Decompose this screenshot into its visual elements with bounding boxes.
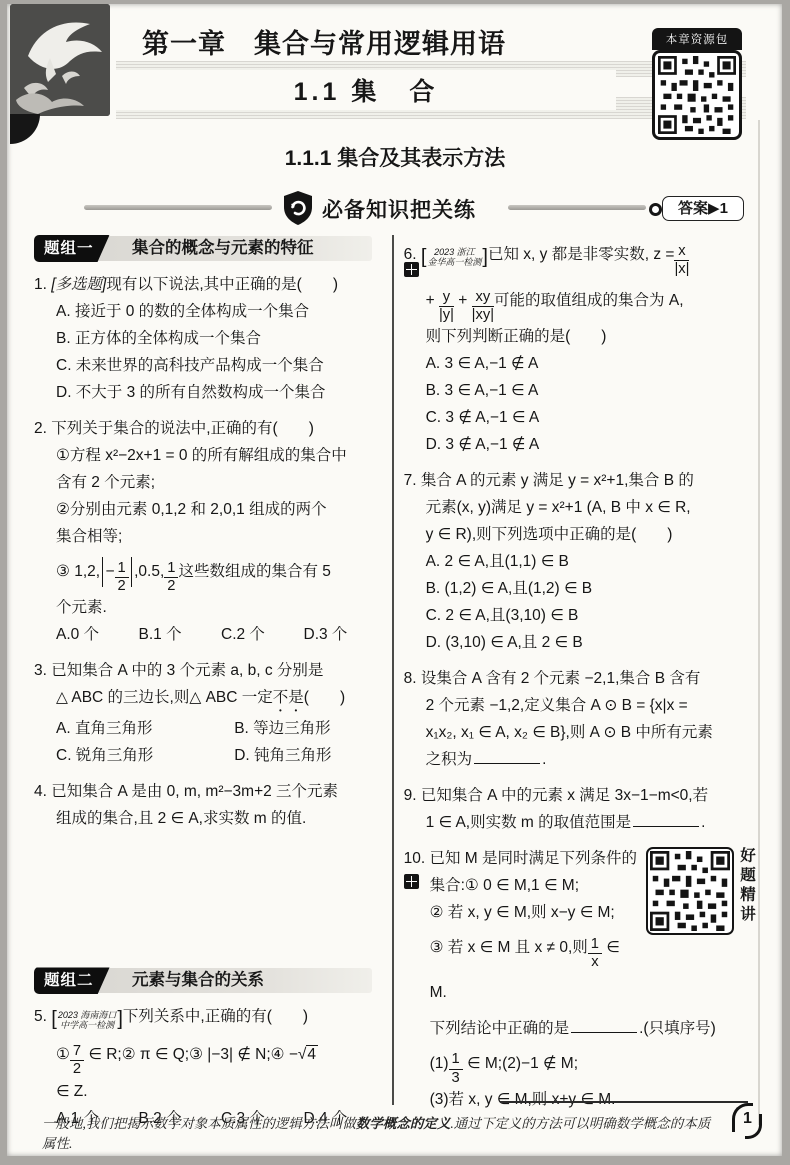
fraction: 72 bbox=[70, 1044, 84, 1078]
option-b: B.1 个 bbox=[139, 621, 222, 648]
fraction: 12 bbox=[115, 561, 129, 595]
option-c: C.2 个 bbox=[221, 621, 304, 648]
option-d: D. 不大于 3 的所有自然数构成一个集合 bbox=[34, 379, 386, 406]
option-a: A. 接近于 0 的数的全体构成一个集合 bbox=[34, 298, 386, 325]
problem-stem-cont: 元素(x, y)满足 y = x²+1 (A, B 中 x ∈ R, bbox=[404, 494, 758, 521]
eagle-icon bbox=[10, 4, 110, 116]
abs-bar-icon bbox=[131, 557, 132, 587]
group2-badge: 题组二 bbox=[34, 967, 110, 994]
problem-stem: 已知集合 A 中的 3 个元素 a, b, c 分别是 bbox=[51, 662, 323, 679]
problem-number: 10. bbox=[404, 850, 426, 867]
option-b: B. 正方体的全体构成一个集合 bbox=[34, 325, 386, 352]
group1-badge: 题组一 bbox=[34, 235, 110, 262]
option-b: B. 等边三角形 bbox=[234, 715, 386, 742]
option-a: A. 3 ∈ A,−1 ∉ A bbox=[404, 350, 758, 377]
source-tag: [2023 浙江金华高一检测] bbox=[421, 235, 488, 279]
qr-vertical-label: 好题精讲 bbox=[737, 847, 755, 925]
fraction: xy|xy| bbox=[472, 290, 494, 324]
problem-stem-cont: 组成的集合,且 2 ∈ A,求实数 m 的值. bbox=[34, 805, 386, 832]
problem-4: 4. 已知集合 A 是由 0, m, m²−3m+2 三个元素 组成的集合,且 … bbox=[34, 778, 386, 832]
option-b: B. (1,2) ∈ A,且(1,2) ∈ B bbox=[404, 575, 758, 602]
answer-blank bbox=[633, 811, 699, 828]
problem-7: 7. 集合 A 的元素 y 满足 y = x²+1,集合 B 的 元素(x, y… bbox=[404, 467, 758, 656]
problem-number: 8. bbox=[404, 670, 417, 687]
qr-label: 本章资源包 bbox=[652, 28, 742, 50]
problem-number: 6. bbox=[404, 246, 417, 263]
problem-number: 5. bbox=[34, 1008, 47, 1025]
question-type-tag: [多选题] bbox=[51, 276, 106, 293]
problem-number: 9. bbox=[404, 787, 417, 804]
chapter-resource-qr[interactable]: 本章资源包 bbox=[652, 28, 742, 140]
option-d: D. 钝角三角形 bbox=[234, 742, 386, 769]
statement-3: ③ 1,2,−12,0.5,12这些数组成的集合有 5 bbox=[34, 550, 386, 594]
problem-3: 3. 已知集合 A 中的 3 个元素 a, b, c 分别是 △ ABC 的三边… bbox=[34, 657, 386, 769]
group1-title: 集合的概念与元素的特征 bbox=[132, 235, 314, 261]
problem-stem: 下列关系中,正确的有( ) bbox=[123, 1008, 308, 1025]
problem-stem: 现有以下说法,其中正确的是( ) bbox=[106, 276, 338, 293]
statement-2-cont: 集合相等; bbox=[34, 523, 386, 550]
group1-header: 题组一 集合的概念与元素的特征 bbox=[34, 235, 386, 262]
subsection-title: 1.1.1 集合及其表示方法 bbox=[0, 142, 790, 172]
conclusion-3: (3)若 x, y ∈ M,则 x+y ∈ M. bbox=[404, 1086, 758, 1113]
statement-2: ②分别由元素 0,1,2 和 2,0,1 组成的两个 bbox=[34, 496, 386, 523]
option-b: B. 3 ∈ A,−1 ∈ A bbox=[404, 377, 758, 404]
problem-2: 2. 下列关于集合的说法中,正确的有( ) ①方程 x²−2x+1 = 0 的所… bbox=[34, 415, 386, 648]
fraction: 13 bbox=[449, 1052, 463, 1086]
option-d: D. (3,10) ∈ A,且 2 ∈ B bbox=[404, 629, 758, 656]
emphasized-text: 不是 bbox=[273, 689, 304, 706]
qr-code-icon bbox=[652, 50, 742, 140]
problem-stem: 集合 A 的元素 y 满足 y = x²+1,集合 B 的 bbox=[421, 472, 694, 489]
option-c: C. 2 ∈ A,且(3,10) ∈ B bbox=[404, 602, 758, 629]
footnote: 一般地,我们把揭示数学对象本质属性的逻辑方法叫做数学概念的定义.通过下定义的方法… bbox=[42, 1112, 722, 1152]
problem-number: 2. bbox=[34, 420, 47, 437]
option-c: C. 3 ∉ A,−1 ∈ A bbox=[404, 404, 758, 431]
footnote-bold-term: 数学概念的定义 bbox=[356, 1116, 451, 1131]
chapter-title: 第一章 集合与常用逻辑用语 bbox=[142, 22, 506, 61]
problem-stem: 下列关于集合的说法中,正确的有( ) bbox=[51, 420, 314, 437]
problem-number: 1. bbox=[34, 276, 47, 293]
statement-1-cont: 含有 2 个元素; bbox=[34, 469, 386, 496]
problem-stem-cont: 则下列判断正确的是( ) bbox=[404, 323, 758, 350]
column-divider bbox=[392, 235, 394, 1105]
group2-title: 元素与集合的关系 bbox=[132, 967, 264, 993]
exercise-columns: 题组一 集合的概念与元素的特征 1. [多选题]现有以下说法,其中正确的是( )… bbox=[34, 233, 758, 1105]
condition-3: ③ 若 x ∈ M 且 x ≠ 0,则1x ∈ M. bbox=[404, 926, 758, 1014]
problem-stem: 设集合 A 含有 2 个元素 −2,1,集合 B 含有 bbox=[421, 670, 701, 687]
answer-reference-badge: 答案▶1 bbox=[662, 196, 744, 221]
problem-stem: 已知 M 是同时满足下列条件的 bbox=[429, 850, 637, 867]
problem-10: 好题精讲 10. 已知 M 是同时满足下列条件的 集合:① 0 ∈ M,1 ∈ … bbox=[404, 845, 758, 1113]
option-d: D.3 个 bbox=[304, 621, 387, 648]
option-c: C. 未来世界的高科技产品构成一个集合 bbox=[34, 352, 386, 379]
problem-8: 8. 设集合 A 含有 2 个元素 −2,1,集合 B 含有 2 个元素 −1,… bbox=[404, 665, 758, 773]
problem-stem-cont: y ∈ R),则下列选项中正确的是( ) bbox=[404, 521, 758, 548]
featured-problem-qr[interactable]: 好题精讲 bbox=[646, 847, 758, 935]
abs-bar-icon bbox=[102, 557, 103, 587]
answer-blank bbox=[474, 748, 540, 765]
banner-line-right bbox=[508, 205, 646, 210]
section-title: 1.1 集 合 bbox=[116, 70, 616, 110]
dot-connector-icon bbox=[649, 203, 662, 216]
eagle-wave-artwork bbox=[10, 4, 110, 116]
problem-number: 3. bbox=[34, 662, 47, 679]
answer-blank bbox=[571, 1016, 637, 1033]
fraction: y|y| bbox=[439, 290, 454, 324]
right-column: 6. [2023 浙江金华高一检测]已知 x, y 都是非零实数, z =x|x… bbox=[404, 233, 758, 1105]
problem-stem-cont: x₁x₂, x₁ ∈ A, x₂ ∈ B},则 A ⊙ B 中所有元素 bbox=[404, 719, 758, 746]
practice-banner: 必备知识把关练 答案▶1 bbox=[0, 190, 790, 226]
option-d: D. 3 ∉ A,−1 ∉ A bbox=[404, 431, 758, 458]
source-tag: [2023 海南海口中学高一检测] bbox=[51, 1006, 123, 1033]
conclusion-1-2: (1)13 ∈ M;(2)−1 ∉ M; bbox=[404, 1042, 758, 1086]
qr-code-icon bbox=[646, 847, 734, 935]
fraction: 1x bbox=[588, 937, 602, 971]
problem-stem: 已知 x, y 都是非零实数, z = bbox=[488, 246, 674, 263]
problem-1: 1. [多选题]现有以下说法,其中正确的是( ) A. 接近于 0 的数的全体构… bbox=[34, 271, 386, 406]
competency-stamp-icon bbox=[404, 262, 419, 277]
page-number: 1 bbox=[732, 1103, 764, 1139]
problem-stem: 已知集合 A 中的元素 x 满足 3x−1−m<0,若 bbox=[421, 787, 708, 804]
shield-check-icon bbox=[282, 190, 314, 226]
group2-header: 题组二 元素与集合的关系 bbox=[34, 967, 386, 994]
problem-number: 7. bbox=[404, 472, 417, 489]
problem-stem: 已知集合 A 是由 0, m, m²−3m+2 三个元素 bbox=[51, 783, 338, 800]
banner-title: 必备知识把关练 bbox=[322, 194, 476, 224]
options-row: A.0 个 B.1 个 C.2 个 D.3 个 bbox=[34, 621, 386, 648]
fraction: 12 bbox=[164, 561, 178, 595]
relations-line: ①72 ∈ R;② π ∈ Q;③ |−3| ∉ N;④ −√4 bbox=[34, 1033, 386, 1077]
relations-line-cont: ∈ Z. bbox=[34, 1078, 386, 1105]
formula-line: + y|y| + xy|xy|可能的取值组成的集合为 A, bbox=[404, 279, 758, 323]
problem-stem-cont: 2 个元素 −1,2,定义集合 A ⊙ B = {x|x = bbox=[404, 692, 758, 719]
statement-3-cont: 个元素. bbox=[34, 594, 386, 621]
fraction: x|x| bbox=[674, 244, 689, 278]
left-column: 题组一 集合的概念与元素的特征 1. [多选题]现有以下说法,其中正确的是( )… bbox=[34, 233, 386, 1105]
banner-line-left bbox=[84, 205, 272, 210]
radical: √4 bbox=[298, 1045, 318, 1063]
problem-9: 9. 已知集合 A 中的元素 x 满足 3x−1−m<0,若 1 ∈ A,则实数… bbox=[404, 782, 758, 836]
workspace-blank bbox=[34, 841, 386, 965]
options-grid: A. 直角三角形 B. 等边三角形 C. 锐角三角形 D. 钝角三角形 bbox=[34, 715, 386, 769]
problem-6: 6. [2023 浙江金华高一检测]已知 x, y 都是非零实数, z =x|x… bbox=[404, 233, 758, 458]
option-a: A. 2 ∈ A,且(1,1) ∈ B bbox=[404, 548, 758, 575]
statement-1: ①方程 x²−2x+1 = 0 的所有解组成的集合中 bbox=[34, 442, 386, 469]
option-a: A.0 个 bbox=[56, 621, 139, 648]
competency-stamp-icon bbox=[404, 874, 419, 889]
option-a: A. 直角三角形 bbox=[56, 715, 234, 742]
problem-number: 4. bbox=[34, 783, 47, 800]
option-c: C. 锐角三角形 bbox=[56, 742, 234, 769]
scanned-workbook-page: 第一章 集合与常用逻辑用语 1.1 集 合 本章资源包 bbox=[0, 0, 790, 1165]
footnote-rule bbox=[500, 1101, 748, 1103]
page-edge-shadow bbox=[758, 120, 760, 1125]
